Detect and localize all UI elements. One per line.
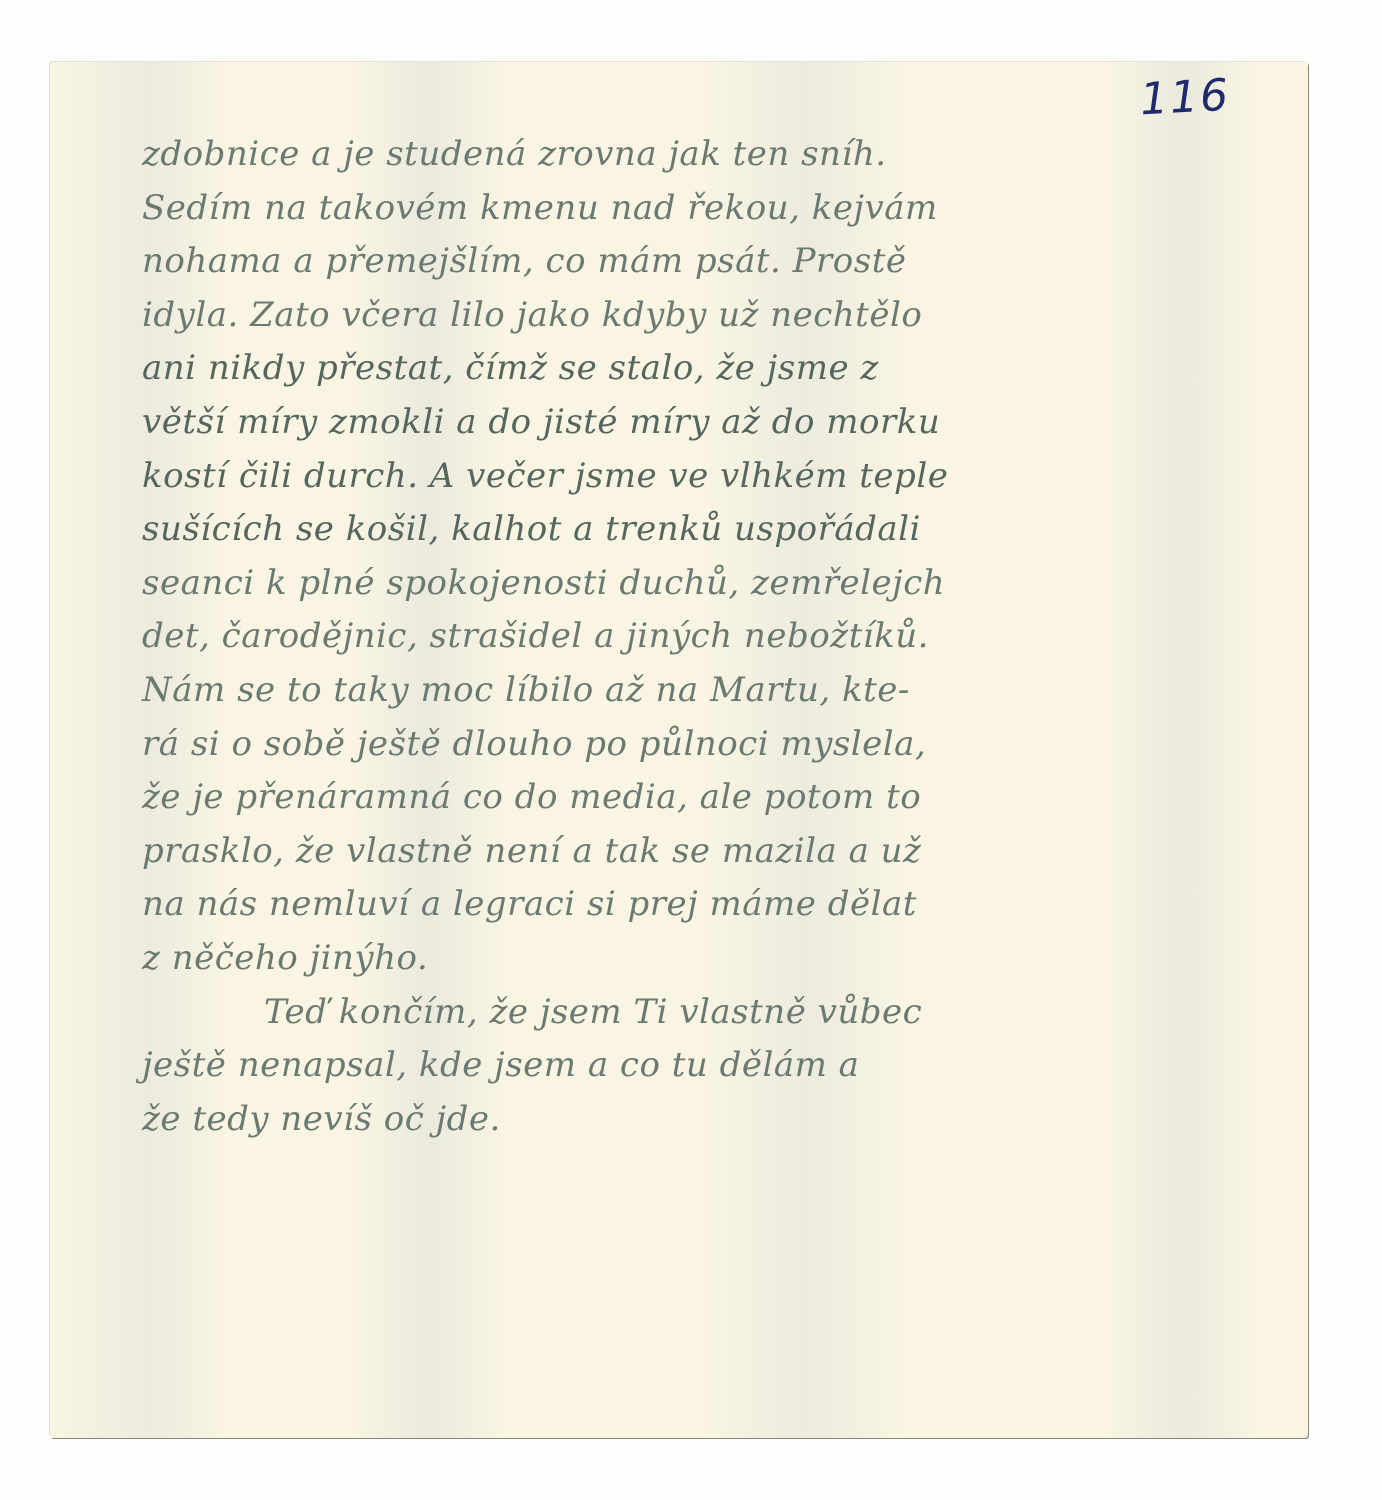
text-line: ani nikdy přestat, čímž se stalo, že jsm…	[142, 342, 1272, 396]
text-line: ještě nenapsal, kde jsem a co tu dělám a	[142, 1039, 1272, 1093]
text-line: z něčeho jinýho.	[142, 932, 1272, 986]
handwritten-text: zdobnice a je studená zrovna jak ten sní…	[142, 128, 1272, 1146]
text-line: Nám se to taky moc líbilo až na Martu, k…	[142, 664, 1272, 718]
text-line: seanci k plné spokojenosti duchů, zemřel…	[142, 557, 1272, 611]
text-line: prasklo, že vlastně není a tak se mazila…	[142, 825, 1272, 879]
text-line: na nás nemluví a legraci si prej máme dě…	[142, 878, 1272, 932]
text-line: idyla. Zato včera lilo jako kdyby už nec…	[142, 289, 1272, 343]
text-line: det, čarodějnic, strašidel a jiných nebo…	[142, 610, 1272, 664]
text-line: Sedím na takovém kmenu nad řekou, kejvám	[142, 182, 1272, 236]
text-line: kostí čili durch. A večer jsme ve vlhkém…	[142, 450, 1272, 504]
page-number: 116	[1139, 70, 1232, 126]
text-line: rá si o sobě ještě dlouho po půlnoci mys…	[142, 718, 1272, 772]
text-line: větší míry zmokli a do jisté míry až do …	[142, 396, 1272, 450]
letter-page: 116 zdobnice a je studená zrovna jak ten…	[50, 62, 1308, 1438]
text-line: nohama a přemejšlím, co mám psát. Prostě	[142, 235, 1272, 289]
text-line: že je přenáramná co do media, ale potom …	[142, 771, 1272, 825]
text-line: že tedy nevíš oč jde.	[142, 1093, 1272, 1147]
text-line: sušících se košil, kalhot a trenků uspoř…	[142, 503, 1272, 557]
paragraph-start-line: Teď končím, že jsem Ti vlastně vůbec	[142, 986, 1272, 1040]
text-line: zdobnice a je studená zrovna jak ten sní…	[142, 128, 1272, 182]
